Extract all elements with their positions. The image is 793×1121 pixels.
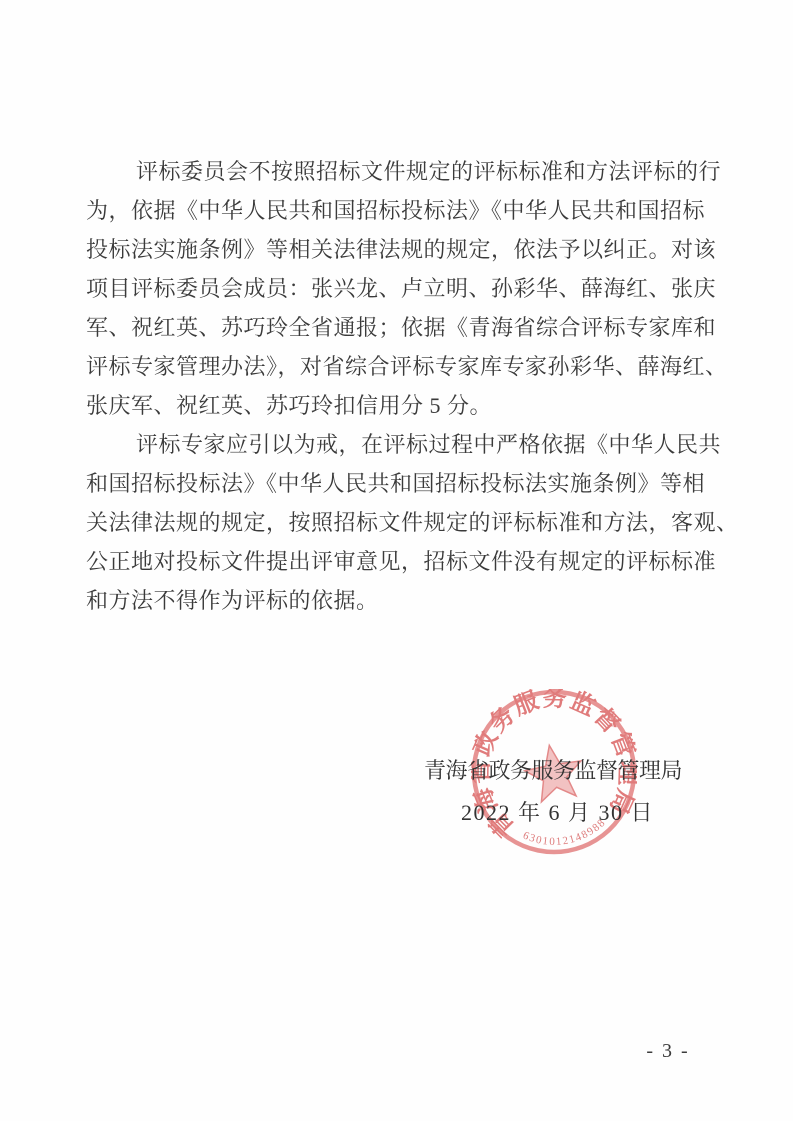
- body-text: 评标委员会不按照招标文件规定的评标标准和方法评标的行 为，依据《中华人民共和国招…: [86, 152, 726, 620]
- signature-organization: 青海省政务服务监督管理局: [424, 754, 682, 785]
- body-line: 军、祝红英、苏巧玲全省通报；依据《青海省综合评标专家库和: [86, 308, 726, 347]
- page-number: - 3 -: [638, 1040, 698, 1063]
- body-line: 评标专家应引以为戒，在评标过程中严格依据《中华人民共: [86, 425, 726, 464]
- body-line: 公正地对投标文件提出评审意见，招标文件没有规定的评标标准: [86, 542, 726, 581]
- body-line: 和国招标投标法》《中华人民共和国招标投标法实施条例》等相: [86, 464, 726, 503]
- body-line: 为，依据《中华人民共和国招标投标法》《中华人民共和国招标: [86, 191, 726, 230]
- signature-date: 2022 年 6 月 30 日: [461, 796, 654, 827]
- body-line: 项目评标委员会成员：张兴龙、卢立明、孙彩华、薛海红、张庆: [86, 269, 726, 308]
- body-line: 投标法实施条例》等相关法律法规的规定，依法予以纠正。对该: [86, 230, 726, 269]
- body-line: 关法律法规的规定，按照招标文件规定的评标标准和方法，客观、: [86, 503, 726, 542]
- body-line: 张庆军、祝红英、苏巧玲扣信用分 5 分。: [86, 386, 726, 425]
- document-page: 评标委员会不按照招标文件规定的评标标准和方法评标的行 为，依据《中华人民共和国招…: [0, 0, 793, 1121]
- body-line: 评标专家管理办法》，对省综合评标专家库专家孙彩华、薛海红、: [86, 347, 726, 386]
- body-line: 和方法不得作为评标的依据。: [86, 581, 726, 620]
- body-line: 评标委员会不按照招标文件规定的评标标准和方法评标的行: [86, 152, 726, 191]
